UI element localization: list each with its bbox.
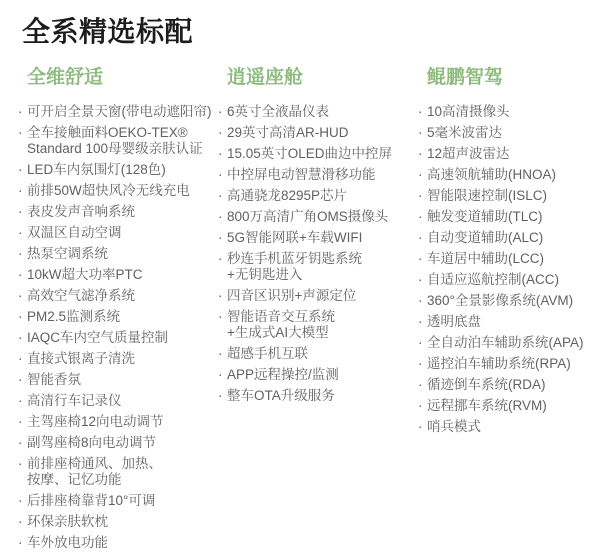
feature-item: ·循迹倒车系统(RDA): [418, 377, 596, 393]
feature-item-text: 可开启全景天窗(带电动遮阳帘): [27, 104, 212, 119]
feature-item-text: 全自动泊车辅助系统(APA): [427, 335, 584, 350]
feature-item-text: 6英寸全液晶仪表: [227, 104, 329, 119]
bullet-icon: ·: [218, 209, 226, 225]
bullet-icon: ·: [418, 377, 426, 393]
feature-item-text: 车外放电功能: [27, 535, 108, 550]
feature-item-text: 前排50W超快风冷无线充电: [27, 183, 190, 198]
feature-item-text: APP远程操控/监测: [227, 367, 339, 382]
feature-item-text: 自适应巡航控制(ACC): [427, 272, 559, 287]
bullet-icon: ·: [418, 188, 426, 204]
bullet-icon: ·: [418, 104, 426, 120]
feature-item: ·全自动泊车辅助系统(APA): [418, 335, 596, 351]
feature-item-text: 智能限速控制(ISLC): [427, 188, 547, 203]
feature-item: ·10kW超大功率PTC: [18, 267, 218, 283]
feature-item: ·主驾座椅12向电动调节: [18, 414, 218, 430]
feature-item-text: 四音区识别+声源定位: [227, 288, 356, 303]
bullet-icon: ·: [18, 125, 26, 141]
feature-item: ·PM2.5监测系统: [18, 309, 218, 325]
bullet-icon: ·: [218, 388, 226, 404]
bullet-icon: ·: [18, 351, 26, 367]
bullet-icon: ·: [218, 346, 226, 362]
feature-item-text: 全车接触面料OEKO-TEX® Standard 100母婴级亲肤认证: [27, 125, 203, 156]
bullet-icon: ·: [418, 272, 426, 288]
feature-item: ·6英寸全液晶仪表: [218, 104, 418, 120]
bullet-icon: ·: [18, 267, 26, 283]
feature-item-text: 后排座椅靠背10°可调: [27, 493, 155, 508]
feature-item-text: 5毫米波雷达: [427, 125, 502, 140]
feature-item: ·360°全景影像系统(AVM): [418, 293, 596, 309]
feature-item: ·全车接触面料OEKO-TEX® Standard 100母婴级亲肤认证: [18, 125, 218, 157]
feature-item: ·热泵空调系统: [18, 246, 218, 262]
feature-item: ·15.05英寸OLED曲边中控屏: [218, 146, 418, 162]
feature-item-text: 热泵空调系统: [27, 246, 108, 261]
feature-item-text: 自动变道辅助(ALC): [427, 230, 543, 245]
feature-list: ·可开启全景天窗(带电动遮阳帘)·全车接触面料OEKO-TEX® Standar…: [18, 104, 218, 551]
feature-item: ·后排座椅靠背10°可调: [18, 493, 218, 509]
feature-item: ·四音区识别+声源定位: [218, 288, 418, 304]
feature-item: ·可开启全景天窗(带电动遮阳帘): [18, 104, 218, 120]
feature-item: ·自动变道辅助(ALC): [418, 230, 596, 246]
bullet-icon: ·: [418, 335, 426, 351]
feature-item: ·智能语音交互系统 +生成式AI大模型: [218, 309, 418, 341]
feature-item: ·远程挪车系统(RVM): [418, 398, 596, 414]
bullet-icon: ·: [18, 514, 26, 530]
feature-item-text: 车道居中辅助(LCC): [427, 251, 544, 266]
bullet-icon: ·: [18, 246, 26, 262]
bullet-icon: ·: [418, 125, 426, 141]
bullet-icon: ·: [218, 251, 226, 267]
feature-item: ·高速领航辅助(HNOA): [418, 167, 596, 183]
feature-item: ·整车OTA升级服务: [218, 388, 418, 404]
feature-item-text: 主驾座椅12向电动调节: [27, 414, 164, 429]
feature-item-text: 直接式银离子清洗: [27, 351, 135, 366]
bullet-icon: ·: [218, 288, 226, 304]
feature-item: ·中控屏电动智慧滑移功能: [218, 167, 418, 183]
feature-item-text: 5G智能网联+车载WIFI: [227, 230, 362, 245]
bullet-icon: ·: [418, 419, 426, 435]
bullet-icon: ·: [18, 309, 26, 325]
bullet-icon: ·: [218, 125, 226, 141]
feature-item-text: 15.05英寸OLED曲边中控屏: [227, 146, 392, 161]
feature-item-text: PM2.5监测系统: [27, 309, 120, 324]
bullet-icon: ·: [18, 372, 26, 388]
feature-item-text: 10kW超大功率PTC: [27, 267, 143, 282]
bullet-icon: ·: [18, 393, 26, 409]
bullet-icon: ·: [418, 314, 426, 330]
bullet-icon: ·: [218, 167, 226, 183]
bullet-icon: ·: [418, 167, 426, 183]
feature-item: ·高通骁龙8295P芯片: [218, 188, 418, 204]
feature-item: ·环保亲肤软枕: [18, 514, 218, 530]
feature-item: ·高效空气滤净系统: [18, 288, 218, 304]
feature-item-text: 哨兵模式: [427, 419, 481, 434]
feature-item: ·车道居中辅助(LCC): [418, 251, 596, 267]
feature-item-text: 29英寸高清AR-HUD: [227, 125, 349, 140]
feature-item: ·29英寸高清AR-HUD: [218, 125, 418, 141]
feature-item: ·透明底盘: [418, 314, 596, 330]
bullet-icon: ·: [18, 204, 26, 220]
bullet-icon: ·: [218, 188, 226, 204]
bullet-icon: ·: [18, 414, 26, 430]
feature-item-text: 整车OTA升级服务: [227, 388, 335, 403]
feature-item: ·超感手机互联: [218, 346, 418, 362]
feature-item: ·前排座椅通风、加热、 按摩、记忆功能: [18, 456, 218, 488]
feature-item: ·12超声波雷达: [418, 146, 596, 162]
feature-item-text: 800万高清广角OMS摄像头: [227, 209, 388, 224]
bullet-icon: ·: [18, 435, 26, 451]
feature-item-text: 环保亲肤软枕: [27, 514, 108, 529]
feature-item: ·800万高清广角OMS摄像头: [218, 209, 418, 225]
feature-item-text: 中控屏电动智慧滑移功能: [227, 167, 376, 182]
feature-list: ·10高清摄像头·5毫米波雷达·12超声波雷达·高速领航辅助(HNOA)·智能限…: [418, 104, 596, 435]
feature-item: ·LED车内氛围灯(128色): [18, 162, 218, 178]
feature-item: ·5毫米波雷达: [418, 125, 596, 141]
bullet-icon: ·: [418, 209, 426, 225]
feature-item: ·10高清摄像头: [418, 104, 596, 120]
feature-item-text: 12超声波雷达: [427, 146, 510, 161]
feature-item-text: 高通骁龙8295P芯片: [227, 188, 347, 203]
feature-item: ·遥控泊车辅助系统(RPA): [418, 356, 596, 372]
column-header: 全维舒适: [27, 66, 218, 90]
bullet-icon: ·: [418, 398, 426, 414]
feature-item-text: 智能语音交互系统 +生成式AI大模型: [227, 309, 335, 340]
feature-columns: 全维舒适·可开启全景天窗(带电动遮阳帘)·全车接触面料OEKO-TEX® Sta…: [18, 66, 600, 553]
feature-column: 全维舒适·可开启全景天窗(带电动遮阳帘)·全车接触面料OEKO-TEX® Sta…: [18, 66, 218, 553]
feature-item: ·双温区自动空调: [18, 225, 218, 241]
feature-item-text: 副驾座椅8向电动调节: [27, 435, 156, 450]
bullet-icon: ·: [418, 251, 426, 267]
feature-item-text: 超感手机互联: [227, 346, 308, 361]
feature-item-text: 智能香氛: [27, 372, 81, 387]
feature-list: ·6英寸全液晶仪表·29英寸高清AR-HUD·15.05英寸OLED曲边中控屏·…: [218, 104, 418, 404]
bullet-icon: ·: [418, 230, 426, 246]
feature-item: ·IAQC车内空气质量控制: [18, 330, 218, 346]
feature-item-text: 触发变道辅助(TLC): [427, 209, 543, 224]
feature-item-text: 高清行车记录仪: [27, 393, 122, 408]
bullet-icon: ·: [18, 330, 26, 346]
bullet-icon: ·: [18, 288, 26, 304]
feature-item: ·副驾座椅8向电动调节: [18, 435, 218, 451]
bullet-icon: ·: [18, 162, 26, 178]
bullet-icon: ·: [18, 225, 26, 241]
feature-item-text: 360°全景影像系统(AVM): [427, 293, 573, 308]
bullet-icon: ·: [18, 183, 26, 199]
spec-sheet: 全系精选标配 全维舒适·可开启全景天窗(带电动遮阳帘)·全车接触面料OEKO-T…: [0, 0, 600, 553]
feature-item-text: LED车内氛围灯(128色): [27, 162, 166, 177]
feature-item: ·自适应巡航控制(ACC): [418, 272, 596, 288]
feature-item: ·前排50W超快风冷无线充电: [18, 183, 218, 199]
feature-item-text: 高效空气滤净系统: [27, 288, 135, 303]
feature-item-text: 高速领航辅助(HNOA): [427, 167, 556, 182]
bullet-icon: ·: [18, 104, 26, 120]
feature-item: ·触发变道辅助(TLC): [418, 209, 596, 225]
feature-column: 逍遥座舱·6英寸全液晶仪表·29英寸高清AR-HUD·15.05英寸OLED曲边…: [218, 66, 418, 409]
column-header: 逍遥座舱: [227, 66, 418, 90]
feature-item: ·智能香氛: [18, 372, 218, 388]
feature-item: ·表皮发声音响系统: [18, 204, 218, 220]
feature-item-text: 循迹倒车系统(RDA): [427, 377, 546, 392]
feature-item: ·哨兵模式: [418, 419, 596, 435]
feature-item: ·直接式银离子清洗: [18, 351, 218, 367]
bullet-icon: ·: [218, 367, 226, 383]
bullet-icon: ·: [218, 309, 226, 325]
bullet-icon: ·: [418, 293, 426, 309]
feature-item-text: 透明底盘: [427, 314, 481, 329]
bullet-icon: ·: [18, 456, 26, 472]
feature-item-text: 双温区自动空调: [27, 225, 122, 240]
bullet-icon: ·: [218, 230, 226, 246]
feature-item: ·智能限速控制(ISLC): [418, 188, 596, 204]
feature-item-text: 表皮发声音响系统: [27, 204, 135, 219]
feature-item: ·高清行车记录仪: [18, 393, 218, 409]
bullet-icon: ·: [418, 146, 426, 162]
bullet-icon: ·: [18, 493, 26, 509]
feature-item: ·车外放电功能: [18, 535, 218, 551]
feature-item: ·APP远程操控/监测: [218, 367, 418, 383]
feature-column: 鲲鹏智驾·10高清摄像头·5毫米波雷达·12超声波雷达·高速领航辅助(HNOA)…: [418, 66, 596, 440]
page-title: 全系精选标配: [18, 15, 600, 49]
feature-item-text: 前排座椅通风、加热、 按摩、记忆功能: [27, 456, 162, 487]
bullet-icon: ·: [218, 146, 226, 162]
feature-item-text: 10高清摄像头: [427, 104, 510, 119]
feature-item-text: 秒连手机蓝牙钥匙系统 +无钥匙进入: [227, 251, 362, 282]
bullet-icon: ·: [218, 104, 226, 120]
feature-item-text: IAQC车内空气质量控制: [27, 330, 168, 345]
feature-item-text: 远程挪车系统(RVM): [427, 398, 547, 413]
feature-item: ·秒连手机蓝牙钥匙系统 +无钥匙进入: [218, 251, 418, 283]
bullet-icon: ·: [418, 356, 426, 372]
feature-item: ·5G智能网联+车载WIFI: [218, 230, 418, 246]
bullet-icon: ·: [18, 535, 26, 551]
column-header: 鲲鹏智驾: [427, 66, 596, 90]
feature-item-text: 遥控泊车辅助系统(RPA): [427, 356, 571, 371]
